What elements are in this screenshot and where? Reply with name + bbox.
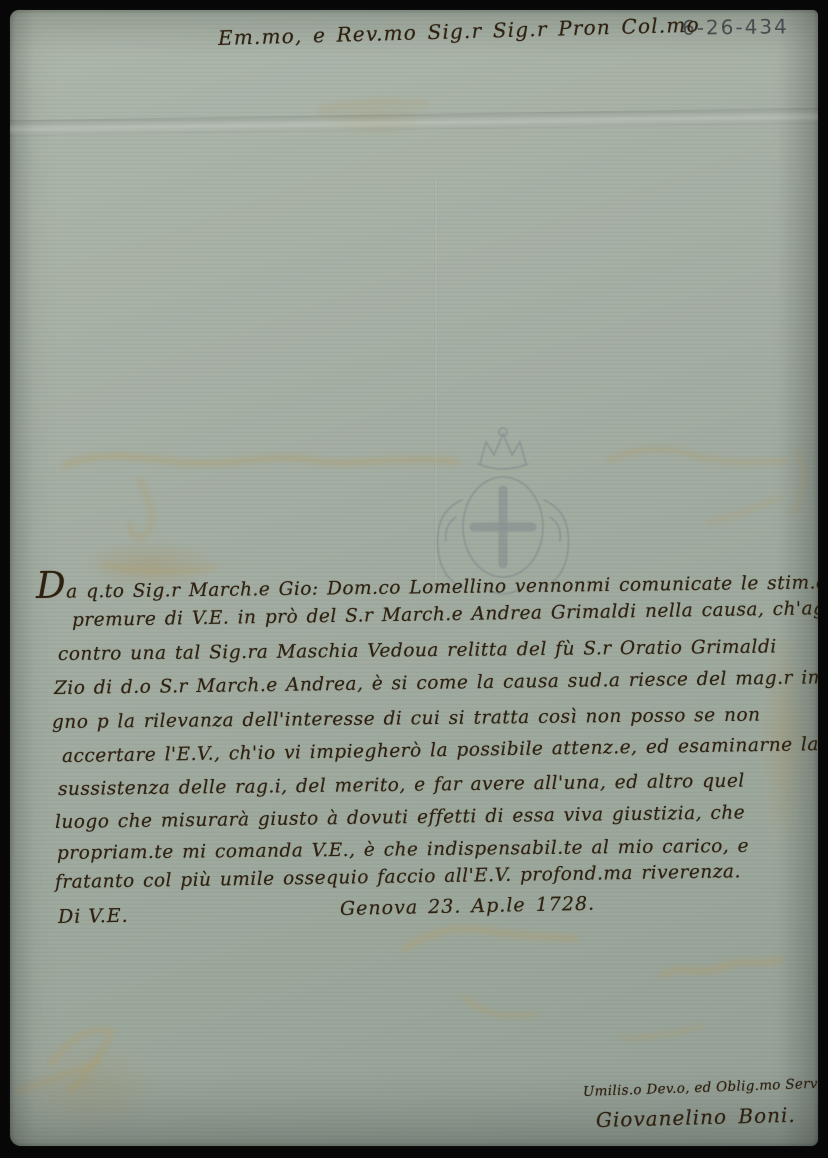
- closing-di-vostra-eccellenza: Di V.E.: [58, 905, 129, 928]
- scanner-background: 6-26-434 Em.mo, e Rev.mo Sig.r Sig.r Pro…: [0, 0, 828, 1158]
- letter-page: 6-26-434 Em.mo, e Rev.mo Sig.r Sig.r Pro…: [10, 10, 818, 1146]
